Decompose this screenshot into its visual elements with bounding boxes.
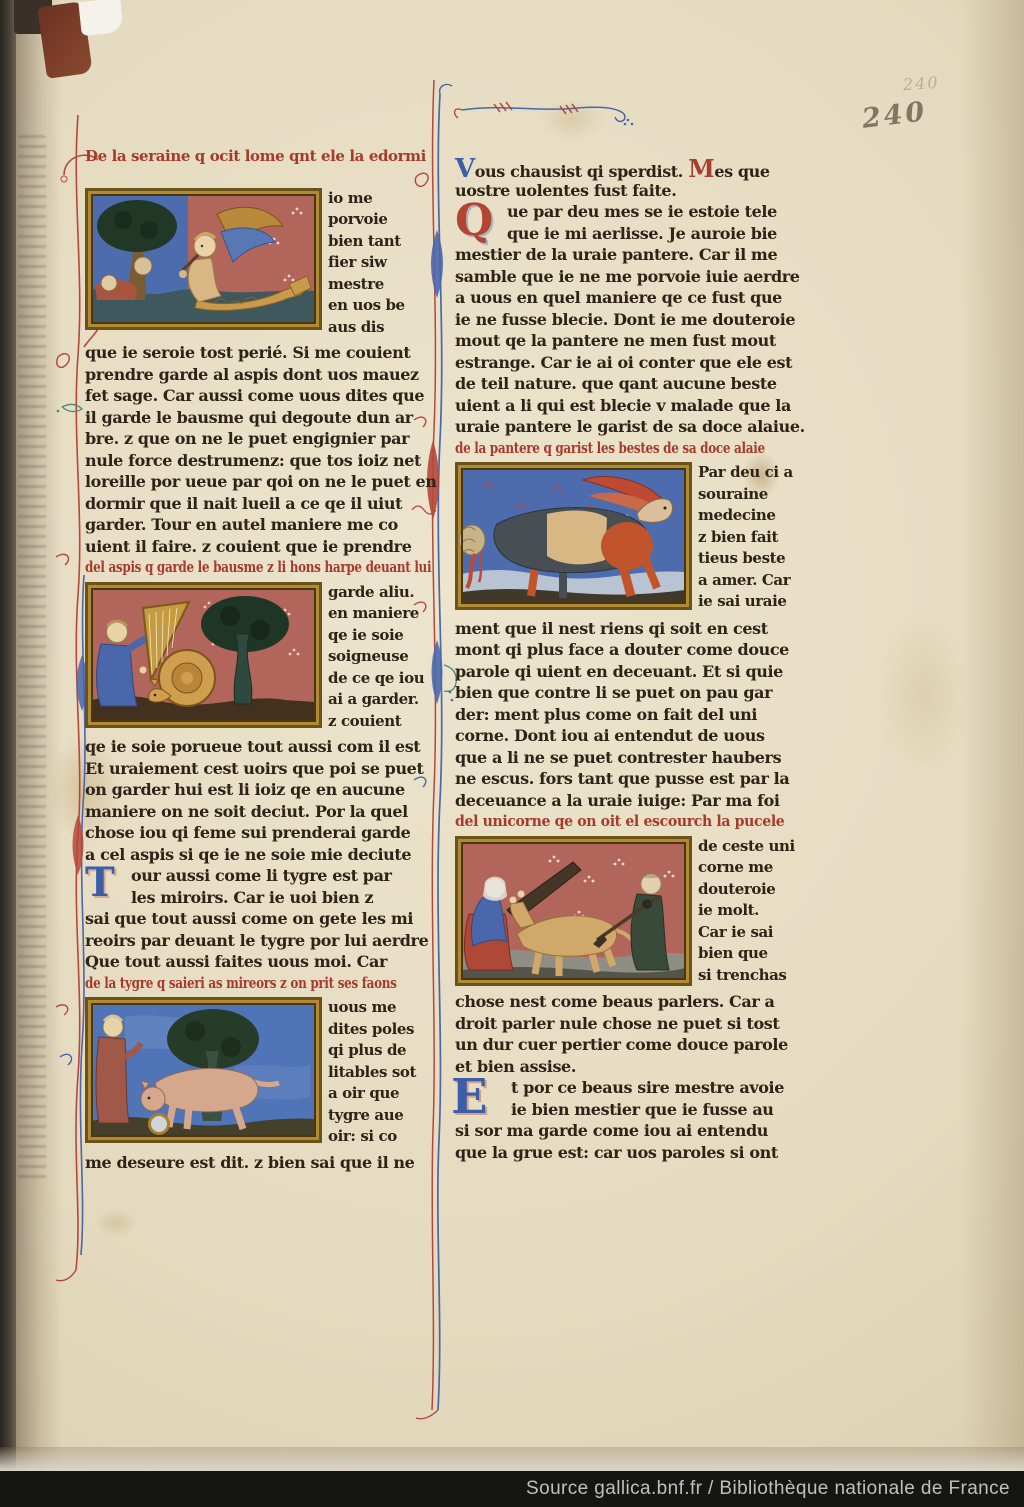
manuscript-text-line: droit parler nule chose ne puet si tost bbox=[455, 1013, 789, 1035]
manuscript-text-line: a amer. Car bbox=[698, 570, 788, 592]
manuscript-text-line: Vous chausist qi sperdist. Mes que bbox=[455, 158, 789, 180]
manuscript-text-line: prendre garde al aspis dont uos mauez bbox=[85, 364, 419, 386]
text-column-left: De la seraine q ocit lome qnt ele la edo… bbox=[85, 146, 419, 1173]
folio-number-showthrough: 240 bbox=[902, 73, 940, 95]
manuscript-text-line: der: ment plus come on fait del uni bbox=[455, 704, 789, 726]
text-block: que ie seroie tost perié. Si me couientp… bbox=[85, 342, 419, 557]
rubric-unicorne: del unicorne qe on oit el escourch la pu… bbox=[455, 811, 769, 833]
manuscript-text-line: qe ie soie porueue tout aussi com il est bbox=[85, 736, 419, 758]
flourished-capital-M: M bbox=[688, 154, 714, 183]
manuscript-text-line: ue par deu mes se ie estoie tele bbox=[507, 201, 789, 223]
text-column-right: Vous chausist qi sperdist. Mes que uostr… bbox=[455, 158, 789, 1163]
manuscript-text-line: ne escus. fors tant que pusse est par la bbox=[455, 768, 789, 790]
manuscript-text-line: douteroie bbox=[698, 879, 788, 901]
manuscript-text-line: si trenchas bbox=[698, 965, 788, 987]
miniature-pantere bbox=[455, 462, 692, 610]
manuscript-text-line: mestre bbox=[328, 274, 418, 296]
rubric-pantere: de la pantere q garist les bestes de sa … bbox=[455, 438, 722, 460]
manuscript-text-line: dites poles bbox=[328, 1019, 418, 1041]
miniature-siren bbox=[85, 188, 322, 330]
miniature-row-aspis: garde aliu.en maniereqe ie soiesoigneuse… bbox=[85, 582, 419, 733]
decorated-initial-paragraph-T: T our aussi come li tygre est par les mi… bbox=[85, 865, 419, 908]
manuscript-text-line: a cel aspis si qe ie ne soie mie deciute bbox=[85, 844, 419, 866]
page-edge-shade bbox=[960, 0, 1024, 1471]
manuscript-text-line: a oir que bbox=[328, 1083, 418, 1105]
manuscript-text-line: Et uraiement cest uoirs que poi se puet bbox=[85, 758, 419, 780]
miniature-row-siren: io meporvoiebien tantfier siwmestreen uo… bbox=[85, 188, 419, 339]
decorated-initial-Q: Q bbox=[455, 199, 493, 243]
manuscript-text-line: que ie seroie tost perié. Si me couient bbox=[85, 342, 419, 364]
manuscript-text-line: un dur cuer pertier come douce parole bbox=[455, 1034, 789, 1056]
manuscript-text-line: les miroirs. Car ie uoi bien z bbox=[131, 887, 419, 909]
manuscript-text-line: ie bien mestier que ie fusse au bbox=[511, 1099, 789, 1121]
manuscript-text-line: mout qe la pantere ne men fust mout bbox=[455, 330, 789, 352]
manuscript-text-line: garde aliu. bbox=[328, 582, 418, 604]
manuscript-text-line: aus dis bbox=[328, 317, 418, 339]
miniature-side-text: uous medites polesqi plus delitables sot… bbox=[328, 997, 418, 1148]
manuscript-text-line: our aussi come li tygre est par bbox=[131, 865, 419, 887]
text-span: ous chausist qi sperdist. bbox=[475, 162, 688, 181]
manuscript-text-line: soigneuse bbox=[328, 646, 418, 668]
miniature-row-unicorne: de ceste unicorne medouteroieie molt.Car… bbox=[455, 836, 789, 987]
gallica-source-bar: Source gallica.bnf.fr / Bibliothèque nat… bbox=[0, 1471, 1024, 1507]
manuscript-text-line: de teil nature. que qant aucune beste bbox=[455, 373, 789, 395]
miniature-side-text: io meporvoiebien tantfier siwmestreen uo… bbox=[328, 188, 418, 339]
book-binding-edge bbox=[0, 0, 16, 1471]
scanner-background-wedge bbox=[78, 0, 123, 36]
text-block: chose nest come beaus parlers. Car adroi… bbox=[455, 991, 789, 1077]
parchment-stain bbox=[95, 1208, 137, 1238]
miniature-aspis-harp bbox=[85, 582, 322, 728]
manuscript-text-line: en uos be bbox=[328, 295, 418, 317]
decorated-initial-T: T bbox=[85, 863, 115, 903]
manuscript-text-line: ie sai uraie bbox=[698, 591, 788, 613]
manuscript-text-line: uient a li qui est blecie v malade que l… bbox=[455, 395, 789, 417]
miniature-side-text: Par deu ci asourainemedecinez bien faitt… bbox=[698, 462, 788, 613]
manuscript-text-line: me deseure est dit. z bien sai que il ne bbox=[85, 1152, 419, 1174]
manuscript-text-line: que la grue est: car uos paroles si ont bbox=[455, 1142, 789, 1164]
manuscript-text-line: oir: si co bbox=[328, 1126, 418, 1148]
text-block: sai que tout aussi come on gete les mire… bbox=[85, 908, 419, 973]
manuscript-text-line: qe ie soie bbox=[328, 625, 418, 647]
manuscript-text-line: samble que ie ne me porvoie iuie aerdre bbox=[455, 266, 789, 288]
text-span: es que bbox=[714, 162, 769, 181]
manuscript-text-line: ment que il nest riens qi soit en cest bbox=[455, 618, 789, 640]
manuscript-text-line: bien tant bbox=[328, 231, 418, 253]
manuscript-text-line: Que tout aussi faites uous moi. Car bbox=[85, 951, 419, 973]
manuscript-text-line: Car ie sai bbox=[698, 922, 788, 944]
source-attribution-text: Source gallica.bnf.fr / Bibliothèque nat… bbox=[526, 1478, 1010, 1500]
miniature-unicorne bbox=[455, 836, 692, 986]
manuscript-text-line: dormir que il nait lueil a ce qe il uiut bbox=[85, 493, 419, 515]
manuscript-text-line: en maniere bbox=[328, 603, 418, 625]
text-block: ment que il nest riens qi soit en cestmo… bbox=[455, 618, 789, 812]
manuscript-text-line: ai a garder. bbox=[328, 689, 418, 711]
manuscript-text-line: maniere on ne soit deciut. Por la quel bbox=[85, 801, 419, 823]
manuscript-text-line: souraine bbox=[698, 484, 788, 506]
manuscript-text-line: bien que bbox=[698, 943, 788, 965]
miniature-row-tygre: uous medites polesqi plus delitables sot… bbox=[85, 997, 419, 1148]
rubric-siren: De la seraine q ocit lome qnt ele la edo… bbox=[85, 146, 419, 168]
manuscript-text-line: de ceste uni bbox=[698, 836, 788, 858]
text-block: si sor ma garde come iou ai entenduque l… bbox=[455, 1120, 789, 1163]
miniature-tygre-mirror bbox=[85, 997, 322, 1143]
manuscript-text-line: chose nest come beaus parlers. Car a bbox=[455, 991, 789, 1013]
manuscript-text-line: Par deu ci a bbox=[698, 462, 788, 484]
manuscript-text-line: estrange. Car ie ai oi conter que ele es… bbox=[455, 352, 789, 374]
parchment-stain bbox=[876, 610, 972, 780]
manuscript-text-line: chose iou qi feme sui prenderai garde bbox=[85, 822, 419, 844]
manuscript-text-line: io me bbox=[328, 188, 418, 210]
rubric-aspis: del aspis q garde le bausme z li hons ha… bbox=[85, 557, 352, 579]
manuscript-text-line: porvoie bbox=[328, 209, 418, 231]
manuscript-text-line: loreille por ueue par qoi on ne le puet … bbox=[85, 471, 419, 493]
rubric-tygre: de la tygre q saieri as mireors z on pri… bbox=[85, 973, 352, 995]
manuscript-text-line: ie molt. bbox=[698, 900, 788, 922]
text-block: qe ie soie porueue tout aussi com il est… bbox=[85, 736, 419, 865]
manuscript-text-line: mont qi plus face a douter come douce bbox=[455, 639, 789, 661]
manuscript-text-line: que ie mi aerlisse. Je auroie bie bbox=[507, 223, 789, 245]
manuscript-text-line: il garde le bausme qui degoute dun ar bbox=[85, 407, 419, 429]
manuscript-text-line: mestier de la uraie pantere. Car il me bbox=[455, 244, 789, 266]
manuscript-scan: 240 240 bbox=[0, 0, 1024, 1507]
manuscript-text-line: sai que tout aussi come on gete les mi bbox=[85, 908, 419, 930]
manuscript-text-line: corne. Dont iou ai entendut de uous bbox=[455, 725, 789, 747]
manuscript-text-line: bre. z que on ne le puet engignier par bbox=[85, 428, 419, 450]
manuscript-text-line: medecine bbox=[698, 505, 788, 527]
page-bottom-edge bbox=[0, 1447, 1024, 1471]
manuscript-text-line: uostre uolentes fust faite. bbox=[455, 180, 789, 202]
manuscript-text-line: parole qi uient en deceuant. Et si quie bbox=[455, 661, 789, 683]
manuscript-text-line: si sor ma garde come iou ai entendu bbox=[455, 1120, 789, 1142]
manuscript-text-line: bien que contre li se puet on pau gar bbox=[455, 682, 789, 704]
manuscript-text-line: de ce qe iou bbox=[328, 668, 418, 690]
manuscript-text-line: a uous en quel maniere qe ce fust que bbox=[455, 287, 789, 309]
manuscript-text-line: tygre aue bbox=[328, 1105, 418, 1127]
manuscript-text-line: reoirs par deuant le tygre por lui aerdr… bbox=[85, 930, 419, 952]
top-line-filler-flourish bbox=[448, 90, 683, 126]
manuscript-text-line: et bien assise. bbox=[455, 1056, 789, 1078]
manuscript-text-line: qi plus de bbox=[328, 1040, 418, 1062]
miniature-row-pantere: Par deu ci asourainemedecinez bien faitt… bbox=[455, 462, 789, 613]
manuscript-text-line: fet sage. Car aussi come uous dites que bbox=[85, 385, 419, 407]
manuscript-text-line: garder. Tour en autel maniere me co bbox=[85, 514, 419, 536]
manuscript-text-line: litables sot bbox=[328, 1062, 418, 1084]
manuscript-text-line: z bien fait bbox=[698, 527, 788, 549]
manuscript-text-line: corne me bbox=[698, 857, 788, 879]
manuscript-text-line: uraie pantere le garist de sa doce alaiu… bbox=[455, 416, 789, 438]
manuscript-text-line: t por ce beaus sire mestre avoie bbox=[511, 1077, 789, 1099]
previous-page-showthrough bbox=[18, 135, 46, 1185]
miniature-side-text: de ceste unicorne medouteroieie molt.Car… bbox=[698, 836, 788, 987]
decorated-initial-paragraph-Q: Q ue par deu mes se ie estoie tele que i… bbox=[455, 201, 789, 244]
manuscript-text-line: que a li ne se puet contrester haubers bbox=[455, 747, 789, 769]
manuscript-text-line: tieus beste bbox=[698, 548, 788, 570]
manuscript-text-line: z couient bbox=[328, 711, 418, 733]
manuscript-text-line: nule force destrumenz: que tos ioiz net bbox=[85, 450, 419, 472]
folio-number: 240 bbox=[860, 96, 929, 135]
manuscript-text-line: ie ne fusse blecie. Dont ie me douteroie bbox=[455, 309, 789, 331]
decorated-initial-paragraph-E: E t por ce beaus sire mestre avoie ie bi… bbox=[455, 1077, 789, 1120]
manuscript-text-line: deceuance a la uraie iuige: Par ma foi bbox=[455, 790, 789, 812]
manuscript-text-line: uient il faire. z couient que ie prendre bbox=[85, 536, 419, 558]
manuscript-text-line: uous me bbox=[328, 997, 418, 1019]
parchment-page: 240 240 bbox=[0, 0, 1024, 1471]
manuscript-text-line: fier siw bbox=[328, 252, 418, 274]
decorated-initial-E: E bbox=[451, 1073, 488, 1121]
text-block: mestier de la uraie pantere. Car il mesa… bbox=[455, 244, 789, 438]
manuscript-text-line: on garder hui est li ioiz qe en aucune bbox=[85, 779, 419, 801]
miniature-side-text: garde aliu.en maniereqe ie soiesoigneuse… bbox=[328, 582, 418, 733]
